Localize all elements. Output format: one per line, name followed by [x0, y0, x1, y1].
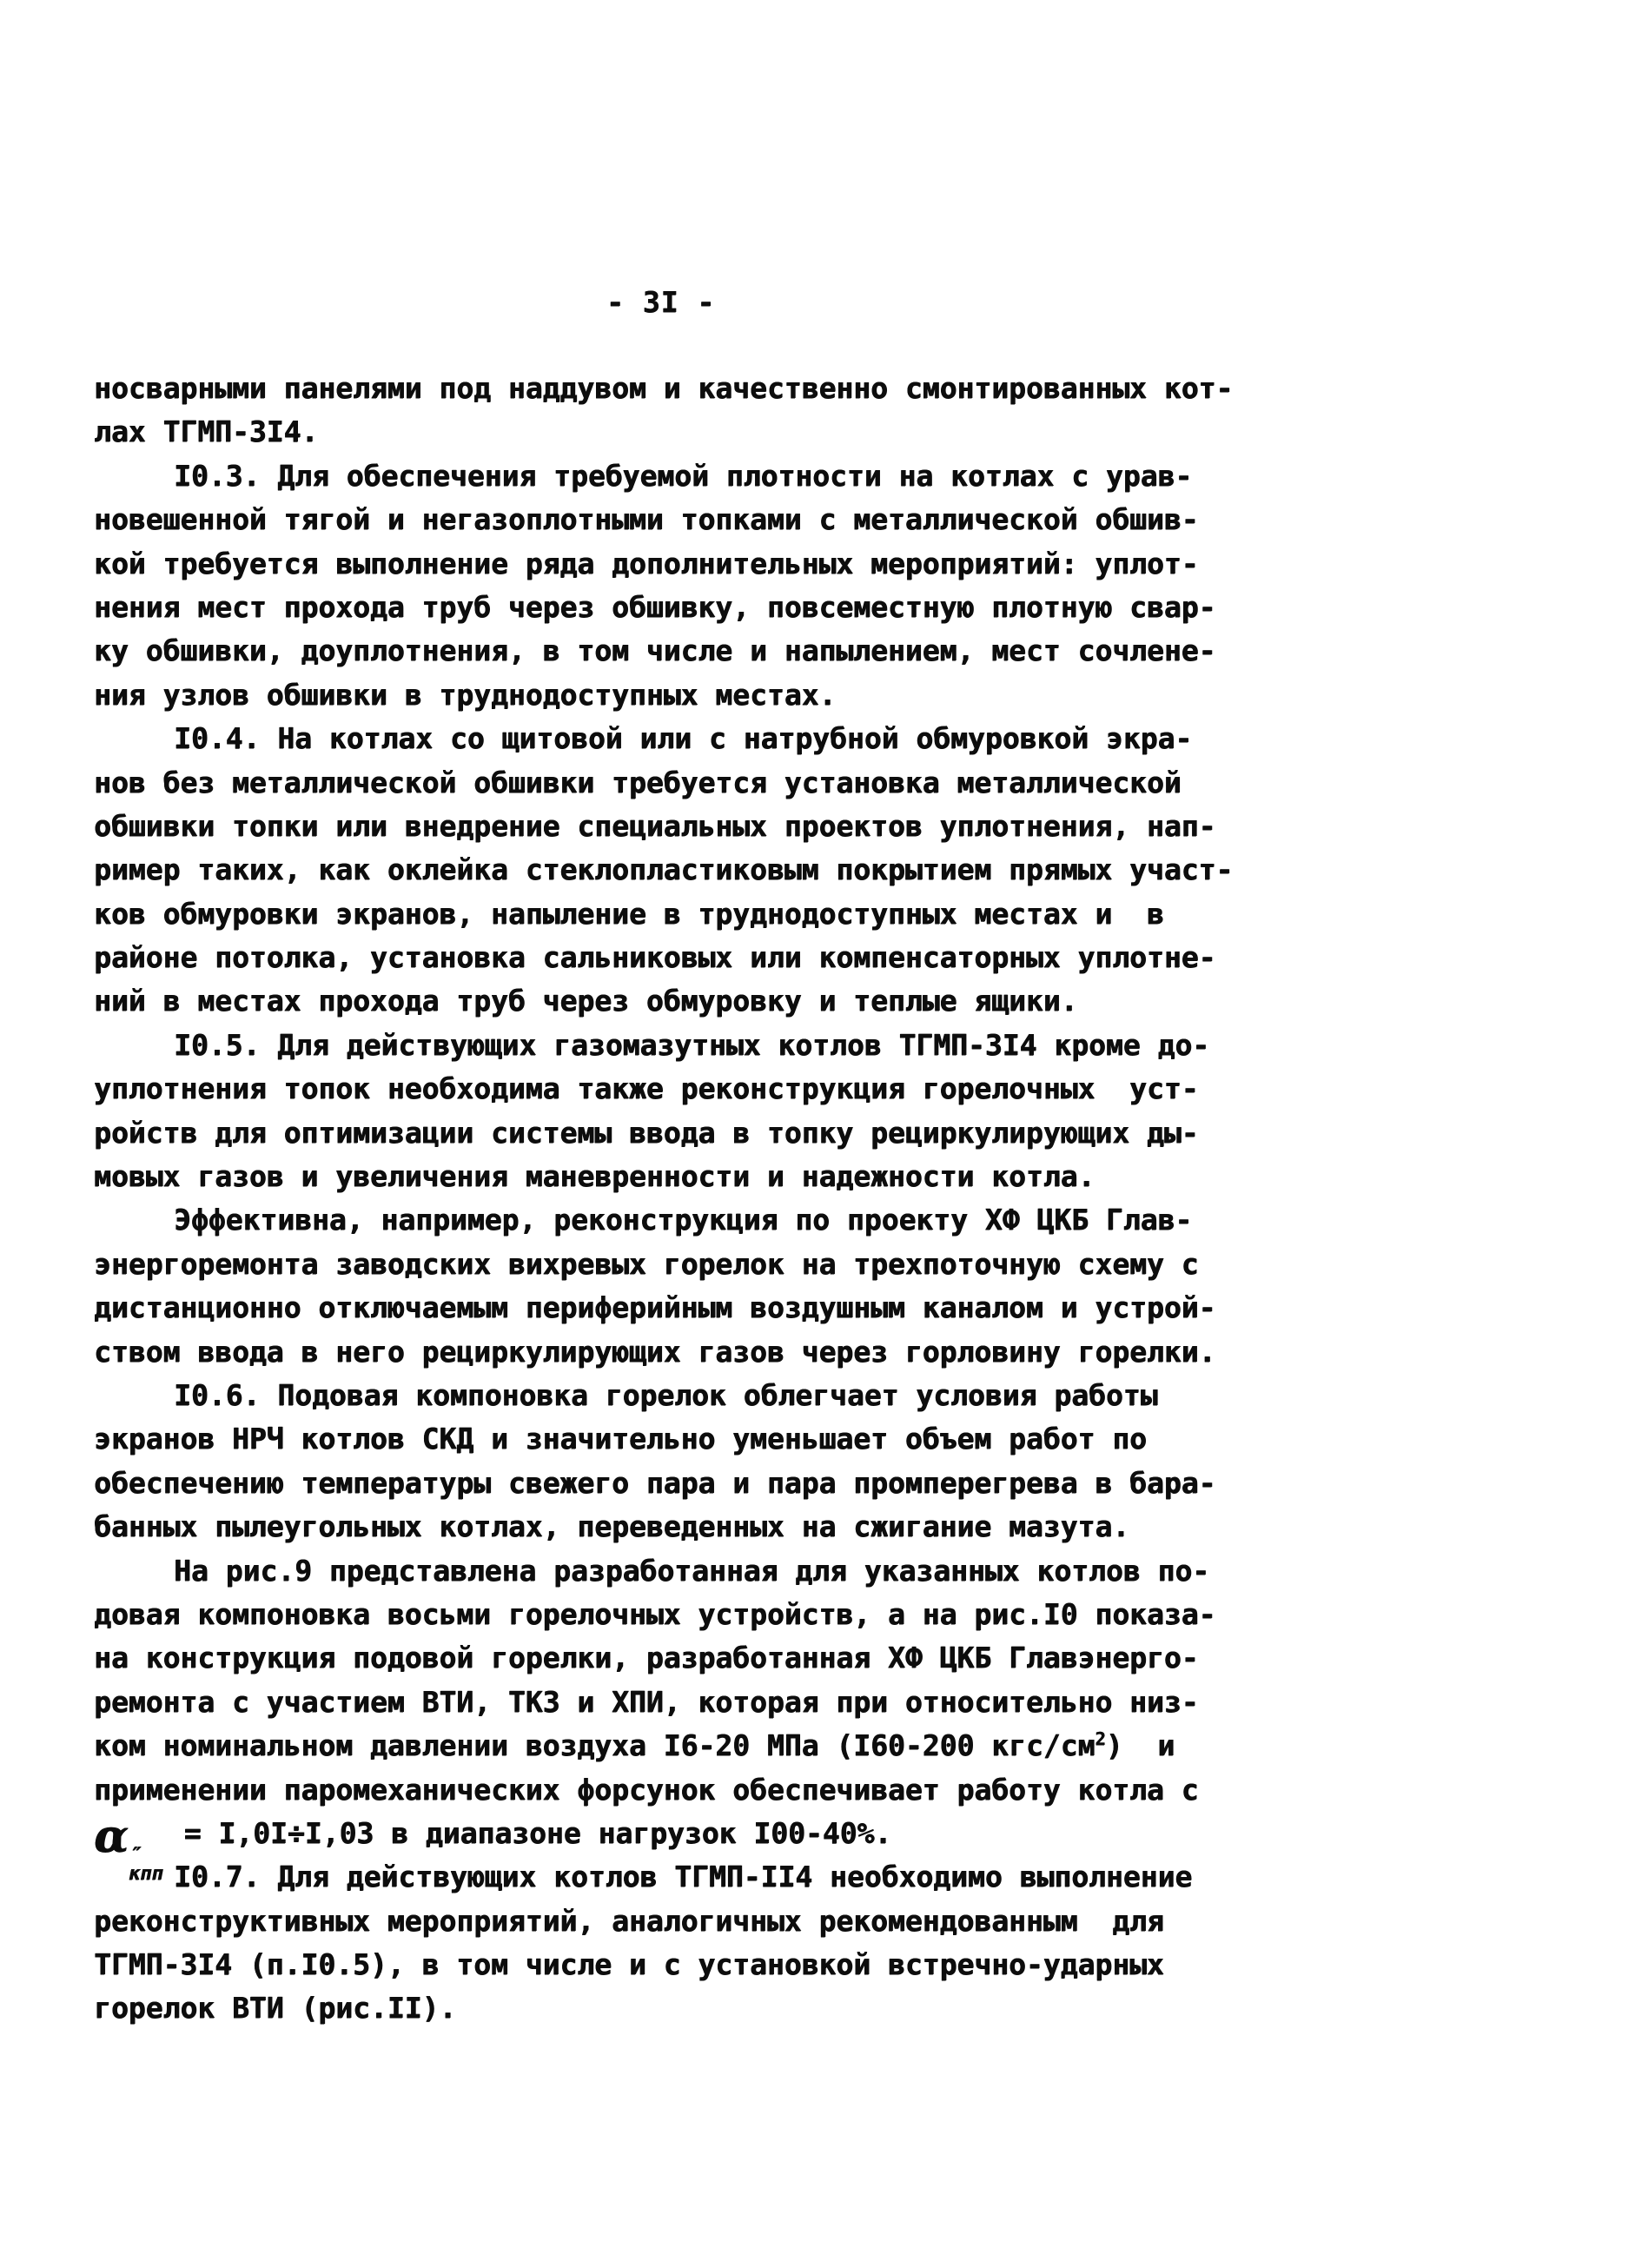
text-line: ройств для оптимизации системы ввода в т… — [94, 1111, 1327, 1155]
document-body: носварными панелями под наддувом и качес… — [94, 367, 1327, 2031]
text-line: нов без металлической обшивки требуется … — [94, 761, 1327, 805]
text-line: горелок ВТИ (рис.II). — [94, 1986, 1327, 2030]
superscript: 2 — [1095, 1728, 1105, 1749]
text-line: ку обшивки, доуплотнения, в том числе и … — [94, 629, 1327, 673]
text-line: Эффективна, например, реконструкция по п… — [94, 1198, 1327, 1242]
text-line: I0.7. Для действующих котлов ТГМП-II4 не… — [94, 1855, 1327, 1899]
text-line: экранов НРЧ котлов СКД и значительно уме… — [94, 1417, 1327, 1461]
text-line: районе потолка, установка сальниковых ил… — [94, 936, 1327, 979]
text-segment: = I,0I÷I,03 в диапазоне нагрузок I00-40%… — [167, 1816, 891, 1850]
text-line: кой требуется выполнение ряда дополнител… — [94, 542, 1327, 586]
text-line: дистанционно отключаемым периферийным во… — [94, 1286, 1327, 1330]
text-segment: ) и — [1106, 1728, 1175, 1762]
text-line: α″кпп = I,0I÷I,03 в диапазоне нагрузок I… — [94, 1812, 1327, 1855]
text-line: новешенной тягой и негазоплотными топкам… — [94, 498, 1327, 541]
text-line: уплотнения топок необходима также реконс… — [94, 1067, 1327, 1111]
text-line: I0.6. Подовая компоновка горелок облегча… — [94, 1374, 1327, 1417]
text-line: лах ТГМП-3I4. — [94, 410, 1327, 454]
formula-sup-sub: ″кпп — [129, 1846, 163, 1884]
text-line: банных пылеугольных котлах, переведенных… — [94, 1505, 1327, 1548]
text-line: на конструкция подовой горелки, разработ… — [94, 1636, 1327, 1680]
text-segment: ком номинальном давлении воздуха I6-20 М… — [94, 1728, 1095, 1762]
text-line: обеспечению температуры свежего пара и п… — [94, 1462, 1327, 1505]
text-line: ний в местах прохода труб через обмуровк… — [94, 979, 1327, 1023]
page-number: - 3I - — [606, 285, 715, 319]
text-line: мовых газов и увеличения маневренности и… — [94, 1155, 1327, 1198]
text-line: довая компоновка восьми горелочных устро… — [94, 1593, 1327, 1636]
text-line: I0.3. Для обеспечения требуемой плотност… — [94, 454, 1327, 498]
text-line: применении паромеханических форсунок обе… — [94, 1768, 1327, 1812]
alpha-symbol: α — [94, 1810, 127, 1863]
text-line: ример таких, как оклейка стеклопластиков… — [94, 848, 1327, 892]
text-line: носварными панелями под наддувом и качес… — [94, 367, 1327, 410]
text-line: ков обмуровки экранов, напыление в трудн… — [94, 892, 1327, 936]
text-line: I0.4. На котлах со щитовой или с натрубн… — [94, 717, 1327, 760]
text-line: ТГМП-3I4 (п.I0.5), в том числе и с устан… — [94, 1943, 1327, 1986]
text-line: энергоремонта заводских вихревых горелок… — [94, 1243, 1327, 1286]
text-line: обшивки топки или внедрение специальных … — [94, 805, 1327, 848]
text-line: ния узлов обшивки в труднодоступных мест… — [94, 673, 1327, 717]
text-line: ством ввода в него рециркулирующих газов… — [94, 1330, 1327, 1374]
text-line: реконструктивных мероприятий, аналогичны… — [94, 1900, 1327, 1943]
scanned-document-page: - 3I - носварными панелями под наддувом … — [0, 0, 1635, 2268]
text-line: На рис.9 представлена разработанная для … — [94, 1549, 1327, 1593]
text-line: I0.5. Для действующих газомазутных котло… — [94, 1024, 1327, 1067]
text-line: ремонта с участием ВТИ, ТКЗ и ХПИ, котор… — [94, 1681, 1327, 1724]
text-line: нения мест прохода труб через обшивку, п… — [94, 586, 1327, 629]
text-line: ком номинальном давлении воздуха I6-20 М… — [94, 1724, 1327, 1767]
